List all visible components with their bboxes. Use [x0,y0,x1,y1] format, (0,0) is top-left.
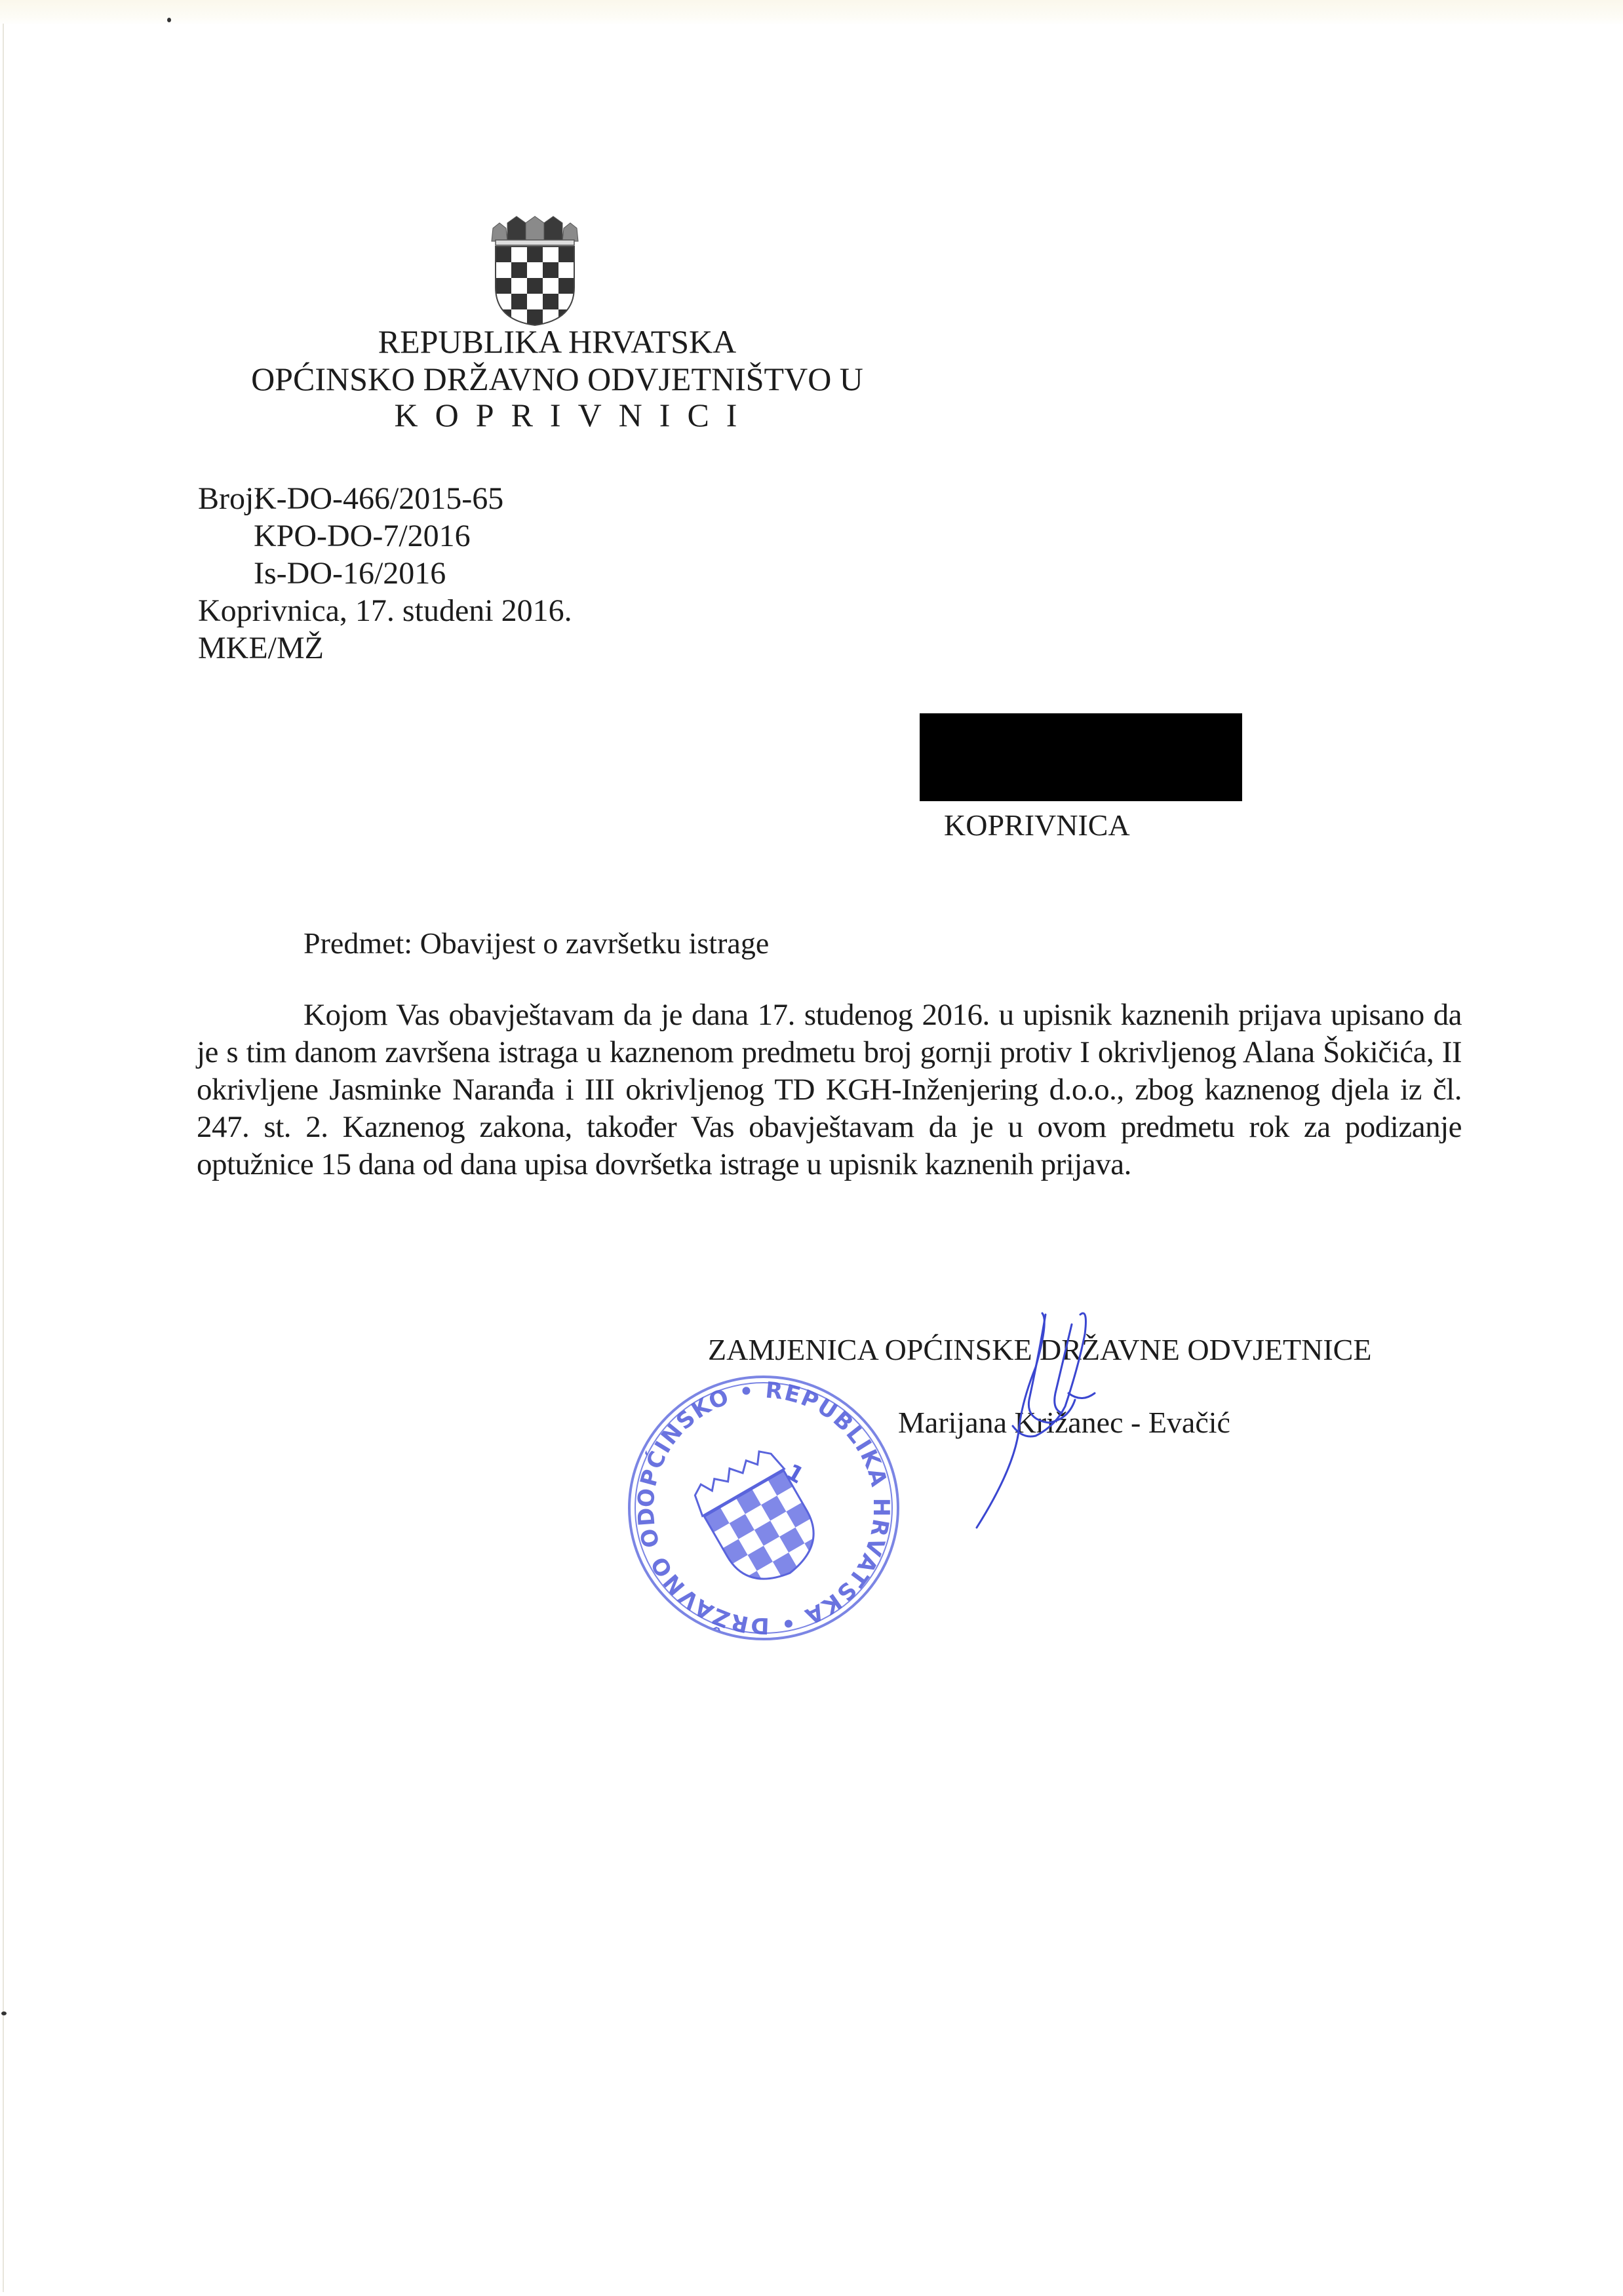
reference-number: K-DO-466/2015-65 [254,481,503,517]
reference-number: KPO-DO-7/2016 [254,518,471,555]
body-paragraph: Kojom Vas obavještavam da je dana 17. st… [197,997,1462,1183]
croatian-coat-of-arms-icon [486,208,583,327]
scan-speck [1,2011,7,2015]
subject-line: Predmet: Obavijest o završetku istrage [303,926,769,960]
place-date: Koprivnica, 17. studeni 2016. [198,593,572,629]
reference-label: Broj: [198,481,263,517]
scan-left-edge [3,24,4,2292]
scan-top-edge [0,0,1623,25]
scan-speck [167,18,171,22]
letterhead-line-1: REPUBLIKA HRVATSKA [197,323,918,360]
letterhead-line-2: OPĆINSKO DRŽAVNO ODVJETNIŠTVO U [197,361,918,397]
recipient-name-redaction [920,713,1242,801]
author-initials: MKE/MŽ [198,630,324,667]
reference-number: Is-DO-16/2016 [254,555,446,592]
letterhead-line-3: KOPRIVNICI [197,397,935,433]
official-seal-icon: OPĆINSKO • REPUBLIKA HRVATSKA • DRŽAVNO … [613,1364,914,1652]
signature-icon [957,1295,1232,1531]
recipient-city: KOPRIVNICA [944,808,1130,842]
